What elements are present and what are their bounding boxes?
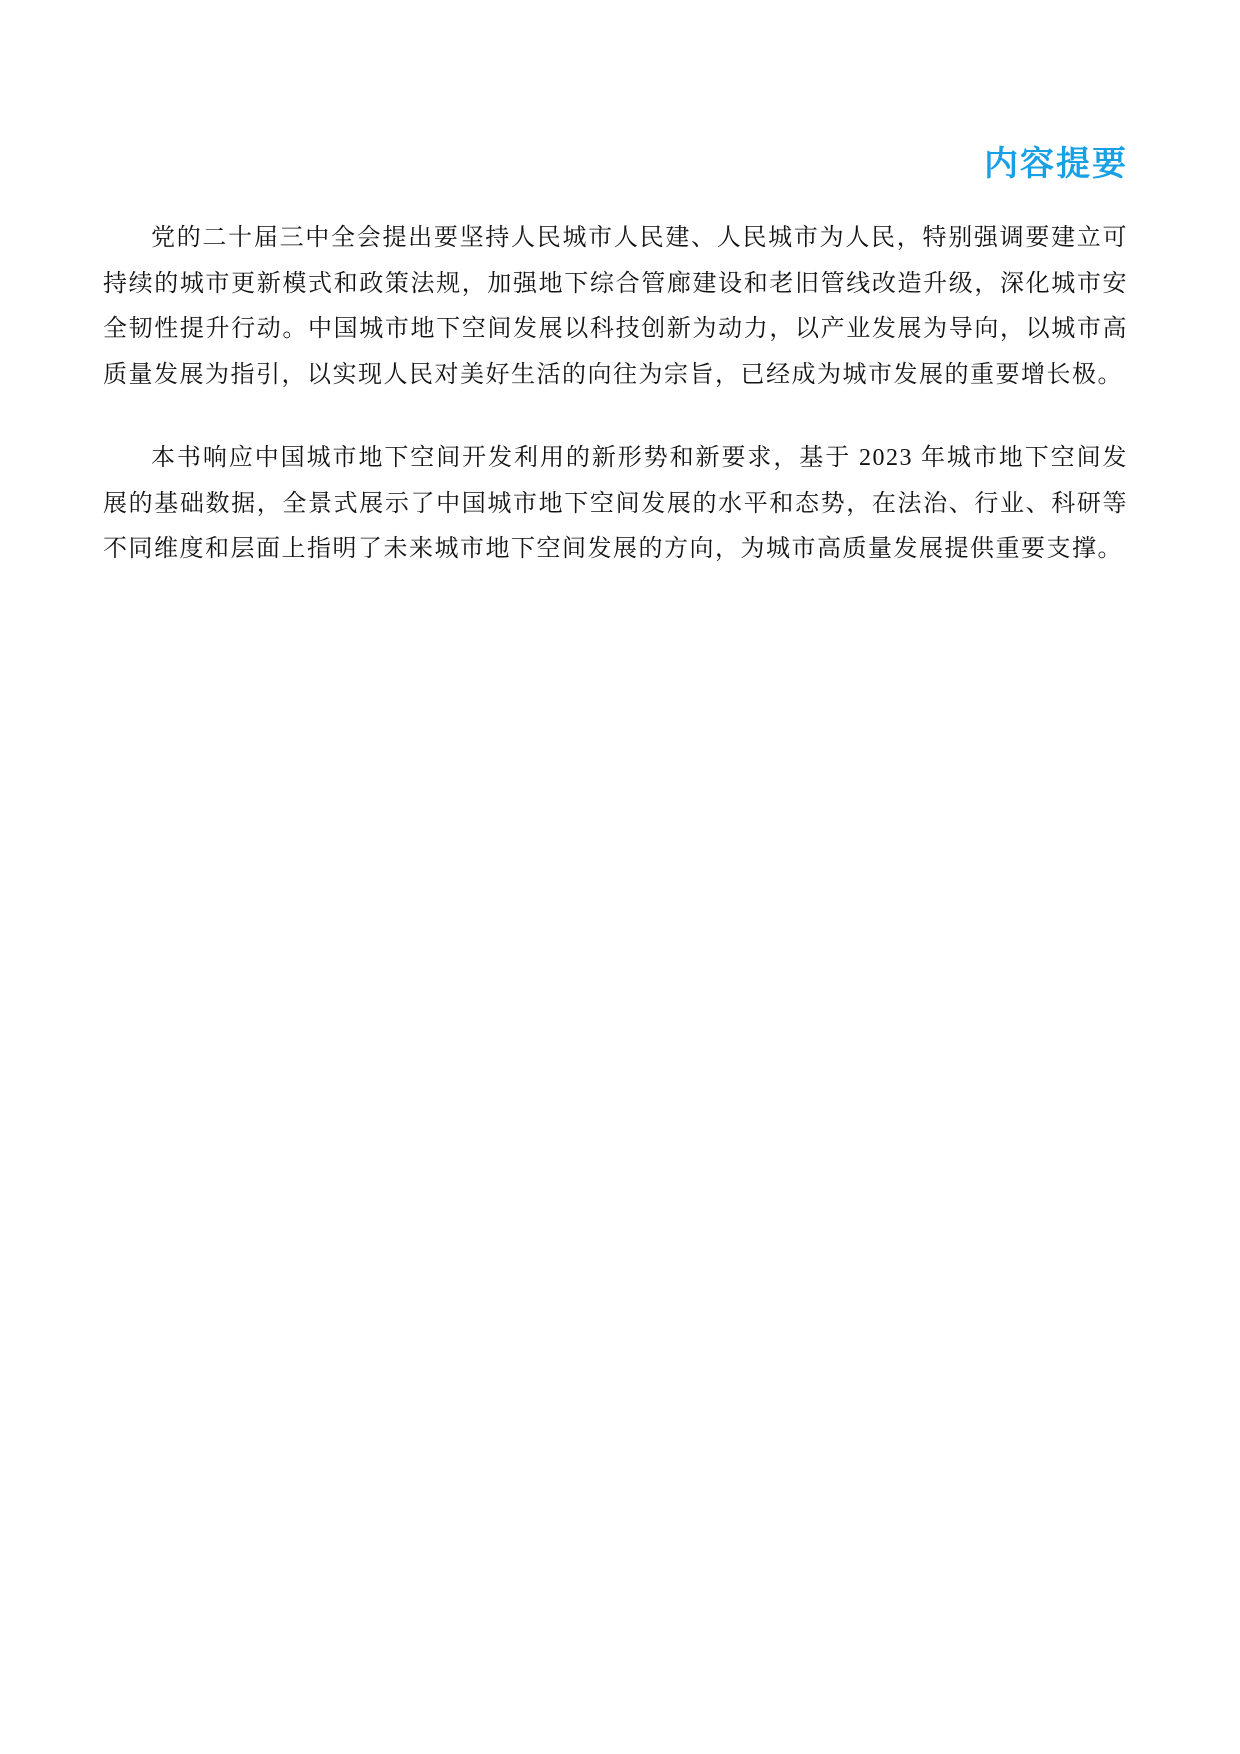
body-text: 党的二十届三中全会提出要坚持人民城市人民建、人民城市为人民，特别强调要建立可持续…	[103, 216, 1128, 573]
paragraph-2: 本书响应中国城市地下空间开发利用的新形势和新要求，基于 2023 年城市地下空间…	[103, 436, 1128, 573]
paragraph-1: 党的二十届三中全会提出要坚持人民城市人民建、人民城市为人民，特别强调要建立可持续…	[103, 216, 1128, 398]
page-title: 内容提要	[103, 142, 1128, 186]
document-page: 内容提要 党的二十届三中全会提出要坚持人民城市人民建、人民城市为人民，特别强调要…	[0, 0, 1240, 1754]
